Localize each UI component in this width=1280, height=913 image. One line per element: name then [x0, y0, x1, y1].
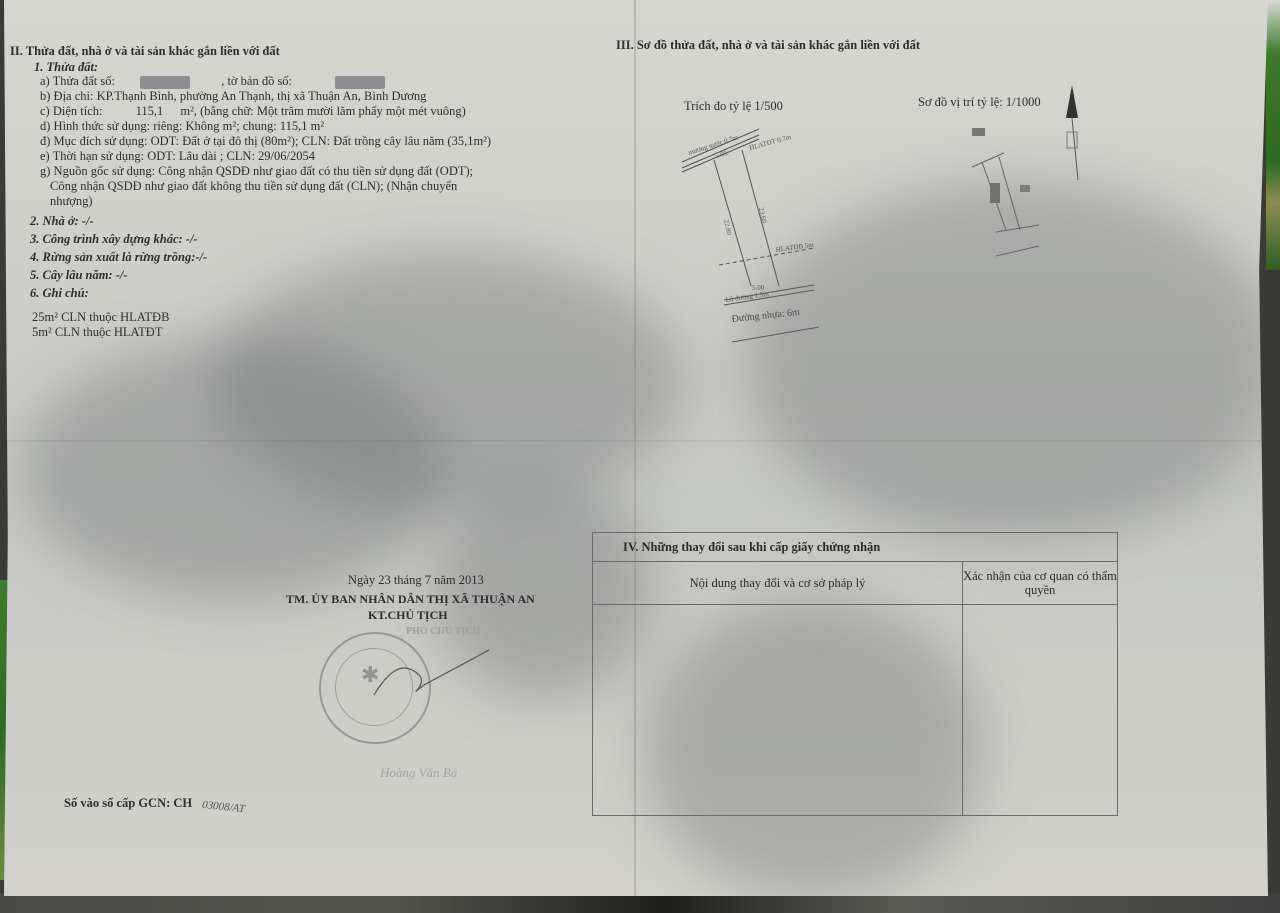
section-iv-title: IV. Những thay đổi sau khi cấp giấy chứn…: [593, 533, 1117, 562]
area-value: 115,1: [136, 104, 164, 118]
col-confirmation-header: Xác nhận của cơ quan có thẩm quyền: [963, 562, 1117, 605]
floor: [0, 893, 1280, 913]
registry-label: Số vào sổ cấp GCN: CH: [64, 796, 192, 811]
origin-line-2: Công nhận QSDĐ như giao đất không thu ti…: [50, 179, 457, 194]
signer-role: KT.CHỦ TỊCH: [368, 608, 448, 623]
perennial-trees: 5. Cây lâu năm: -/-: [30, 268, 128, 283]
signer-sub-role: PHÓ CHỦ TỊCH: [406, 624, 480, 639]
background-plant-right: [1266, 0, 1280, 270]
map-sheet-label: , tờ bản đồ số:: [221, 74, 292, 88]
origin-line-3: nhượng): [50, 194, 93, 209]
note-1: 25m² CLN thuộc HLATĐB: [32, 310, 169, 325]
changes-table: IV. Những thay đổi sau khi cấp giấy chứn…: [592, 532, 1118, 816]
use-form: d) Hình thức sử dụng: riêng: Không m²; c…: [40, 119, 324, 134]
redacted-parcel-number: [140, 76, 190, 89]
north-arrow-icon: [1066, 85, 1078, 118]
use-term: e) Thời hạn sử dụng: ODT: Lâu dài ; CLN:…: [40, 149, 315, 164]
section-ii-title: II. Thửa đất, nhà ở và tài sản khác gắn …: [10, 44, 280, 59]
confirmation-column: Xác nhận của cơ quan có thẩm quyền: [963, 562, 1117, 815]
label-top-road: mương nước 0.7m: [687, 133, 739, 157]
changes-column: Nội dung thay đổi và cơ sở pháp lý: [593, 562, 963, 815]
area-unit: m², (bằng chữ: Một trăm mười lăm phẩy mộ…: [180, 104, 465, 118]
redacted-map-sheet: [335, 76, 385, 89]
label-top-width: 5.05: [714, 149, 728, 160]
registry-handwritten: 03008/AT: [201, 798, 245, 817]
area-label: c) Diện tích:: [40, 104, 102, 118]
hand-shadow: [24, 340, 444, 600]
section-iii-title: III. Sơ đồ thửa đất, nhà ở và tài sản kh…: [616, 38, 920, 53]
signature-scribble: [334, 640, 504, 730]
label-right-length: 23.60: [757, 207, 768, 225]
extract-scale: Trích đo tỷ lệ 1/500: [684, 99, 783, 114]
origin-line-1: g) Nguồn gốc sử dụng: Công nhận QSDĐ như…: [40, 164, 473, 179]
use-purpose: đ) Mục đích sử dụng: ODT: Đất ở tại đô t…: [40, 134, 491, 149]
address: b) Địa chỉ: KP.Thạnh Bình, phường An Thạ…: [40, 89, 426, 104]
house: 2. Nhà ở: -/-: [30, 214, 94, 229]
hand-shadow: [744, 180, 1280, 540]
land-parcel-heading: 1. Thửa đất:: [34, 60, 98, 75]
signing-date: Ngày 23 tháng 7 năm 2013: [348, 573, 484, 588]
label-top-setback: HLATĐT 0.7m: [748, 133, 792, 152]
col-changes-header: Nội dung thay đổi và cơ sở pháp lý: [593, 562, 962, 605]
other-construction: 3. Công trình xây dựng khác: -/-: [30, 232, 198, 247]
land-certificate-page: II. Thửa đất, nhà ở và tài sản khác gắn …: [4, 0, 1268, 896]
production-forest: 4. Rừng sản xuất là rừng trồng:-/-: [30, 250, 207, 265]
issuing-authority: TM. ỦY BAN NHÂN DÂN THỊ XÃ THUẬN AN: [286, 592, 535, 607]
note-2: 5m² CLN thuộc HLATĐT: [32, 325, 162, 340]
area-row: c) Diện tích: 115,1 m², (bằng chữ: Một t…: [40, 104, 466, 119]
parcel-number-label: a) Thửa đất số:: [40, 74, 115, 88]
parcel-number-row: a) Thửa đất số: , tờ bản đồ số:: [40, 74, 385, 89]
signer-name: Hoàng Văn Bá: [380, 765, 457, 780]
notes-heading: 6. Ghi chú:: [30, 286, 89, 301]
